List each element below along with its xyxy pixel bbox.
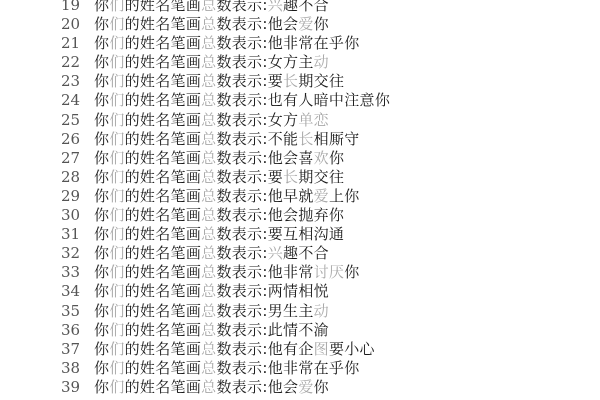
prefix-text: 数表示: [216,263,267,281]
prefix-text: 你 [94,168,109,186]
row-number: 21 [61,34,89,53]
list-item: 32你们的姓名笔画总数表示:兴趣不合 [0,244,600,263]
row-text: 你们的姓名笔画总数表示:他会抛弃你 [94,206,344,225]
prefix-text-light: 总 [201,111,216,129]
meaning-text: 女方主 [268,53,314,71]
list-item: 23你们的姓名笔画总数表示:要长期交往 [0,72,600,91]
prefix-text-light: 总 [201,168,216,186]
row-text: 你们的姓名笔画总数表示:要长期交往 [94,72,344,91]
prefix-text-light: 们 [109,359,124,377]
meaning-text-light: 长 [283,72,298,90]
row-text: 你们的姓名笔画总数表示:男生主动 [94,302,329,321]
meaning-text-light: 单恋 [298,111,329,129]
prefix-text-light: 们 [109,111,124,129]
prefix-text-light: 们 [109,206,124,224]
meaning-text: 要 [268,72,283,90]
list-item: 25你们的姓名笔画总数表示:女方单恋 [0,111,600,130]
prefix-text-light: 们 [109,302,124,320]
prefix-text-light: 总 [201,225,216,243]
prefix-text: 你 [94,34,109,52]
list-item: 35你们的姓名笔画总数表示:男生主动 [0,302,600,321]
row-number: 27 [61,149,89,168]
prefix-text: 数表示: [216,378,267,396]
meaning-text: 相厮守 [314,130,360,148]
prefix-text: 的姓名笔画 [125,321,202,339]
meaning-text: 他非常 [268,263,314,281]
list-item: 24你们的姓名笔画总数表示:也有人暗中注意你 [0,91,600,110]
prefix-text: 数表示: [216,130,267,148]
row-text: 你们的姓名笔画总数表示:他早就爱上你 [94,187,360,206]
meaning-text-light: 欢 [314,149,329,167]
prefix-text: 数表示: [216,149,267,167]
prefix-text-light: 们 [109,263,124,281]
prefix-text-light: 们 [109,225,124,243]
prefix-text: 数表示: [216,168,267,186]
prefix-text: 的姓名笔画 [125,15,202,33]
list-item: 38你们的姓名笔画总数表示:他非常在乎你 [0,359,600,378]
row-number: 33 [61,263,89,282]
list-item: 27你们的姓名笔画总数表示:他会喜欢你 [0,149,600,168]
row-text: 你们的姓名笔画总数表示:他非常讨厌你 [94,263,360,282]
meaning-text: 他会抛弃你 [268,206,345,224]
prefix-text: 的姓名笔画 [125,302,202,320]
prefix-text-light: 总 [201,359,216,377]
list-item: 34你们的姓名笔画总数表示:两情相悦 [0,282,600,301]
list-item: 21你们的姓名笔画总数表示:他非常在乎你 [0,34,600,53]
prefix-text: 的姓名笔画 [125,34,202,52]
prefix-text: 你 [94,91,109,109]
prefix-text: 数表示: [216,72,267,90]
prefix-text: 数表示: [216,0,267,14]
meaning-text: 要 [268,168,283,186]
prefix-text: 你 [94,149,109,167]
prefix-text: 的姓名笔画 [125,91,202,109]
prefix-text: 数表示: [216,340,267,358]
row-text: 你们的姓名笔画总数表示:女方主动 [94,53,329,72]
meaning-text: 他会 [268,15,299,33]
prefix-text: 你 [94,130,109,148]
prefix-text-light: 们 [109,0,124,14]
prefix-text-light: 们 [109,340,124,358]
prefix-text-light: 总 [201,149,216,167]
meaning-text-light: 爱 [314,187,329,205]
list-item: 36你们的姓名笔画总数表示:此情不渝 [0,321,600,340]
row-text: 你们的姓名笔画总数表示:他会喜欢你 [94,149,344,168]
prefix-text: 的姓名笔画 [125,359,202,377]
meaning-text-light: 爱 [298,15,313,33]
row-text: 你们的姓名笔画总数表示:他非常在乎你 [94,359,360,378]
row-number: 20 [61,15,89,34]
prefix-text-light: 总 [201,378,216,396]
row-number: 36 [61,321,89,340]
row-number: 38 [61,359,89,378]
meaning-text-light: 长 [283,168,298,186]
prefix-text-light: 们 [109,378,124,396]
prefix-text: 的姓名笔画 [125,72,202,90]
prefix-text-light: 们 [109,34,124,52]
prefix-text: 的姓名笔画 [125,0,202,14]
meaning-text: 你 [329,149,344,167]
prefix-text: 数表示: [216,187,267,205]
prefix-text: 你 [94,302,109,320]
list-item: 28你们的姓名笔画总数表示:要长期交往 [0,168,600,187]
row-number: 35 [61,302,89,321]
row-number: 32 [61,244,89,263]
prefix-text-light: 们 [109,244,124,262]
meaning-text: 他有企 [268,340,314,358]
list-item: 22你们的姓名笔画总数表示:女方主动 [0,53,600,72]
meaning-text: 期交往 [298,168,344,186]
row-number: 22 [61,53,89,72]
prefix-text: 你 [94,72,109,90]
prefix-text-light: 总 [201,263,216,281]
list-item: 29你们的姓名笔画总数表示:他早就爱上你 [0,187,600,206]
prefix-text: 数表示: [216,359,267,377]
meaning-text: 他会 [268,378,299,396]
row-number: 24 [61,91,89,110]
meaning-text: 两情相悦 [268,282,329,300]
prefix-text-light: 总 [201,72,216,90]
meaning-text-light: 爱 [298,378,313,396]
prefix-text: 数表示: [216,91,267,109]
meaning-text: 趣不合 [283,0,329,14]
prefix-text: 的姓名笔画 [125,263,202,281]
list-item: 31你们的姓名笔画总数表示:要互相沟通 [0,225,600,244]
prefix-text-light: 总 [201,340,216,358]
prefix-text-light: 们 [109,187,124,205]
prefix-text: 你 [94,340,109,358]
row-text: 你们的姓名笔画总数表示:他有企图要小心 [94,340,375,359]
meaning-text: 趣不合 [283,244,329,262]
prefix-text: 的姓名笔画 [125,111,202,129]
prefix-text-light: 总 [201,91,216,109]
meaning-text: 不能 [268,130,299,148]
prefix-text: 的姓名笔画 [125,225,202,243]
prefix-text-light: 们 [109,149,124,167]
prefix-text: 数表示: [216,244,267,262]
prefix-text-light: 总 [201,130,216,148]
meaning-text-light: 兴 [268,0,283,14]
meaning-text: 他会喜 [268,149,314,167]
prefix-text: 数表示: [216,111,267,129]
prefix-text-light: 们 [109,53,124,71]
row-text: 你们的姓名笔画总数表示:兴趣不合 [94,244,329,263]
prefix-text-light: 总 [201,15,216,33]
meaning-text-light: 动 [314,302,329,320]
meaning-text: 男生主 [268,302,314,320]
row-text: 你们的姓名笔画总数表示:两情相悦 [94,282,329,301]
row-text: 你们的姓名笔画总数表示:他会爱你 [94,378,329,397]
prefix-text-light: 总 [201,302,216,320]
prefix-text-light: 们 [109,168,124,186]
prefix-text: 你 [94,378,109,396]
prefix-text: 数表示: [216,206,267,224]
stroke-count-list: 19你们的姓名笔画总数表示:兴趣不合20你们的姓名笔画总数表示:他会爱你21你们… [0,0,600,397]
prefix-text: 你 [94,0,109,14]
meaning-text: 你 [314,378,329,396]
row-text: 你们的姓名笔画总数表示:他非常在乎你 [94,34,360,53]
list-item: 19你们的姓名笔画总数表示:兴趣不合 [0,0,600,15]
meaning-text: 也有人暗中注意你 [268,91,390,109]
row-number: 31 [61,225,89,244]
meaning-text-light: 兴 [268,244,283,262]
meaning-text: 他非常在乎你 [268,34,360,52]
prefix-text-light: 们 [109,282,124,300]
prefix-text-light: 总 [201,282,216,300]
prefix-text: 的姓名笔画 [125,244,202,262]
prefix-text-light: 们 [109,130,124,148]
prefix-text: 的姓名笔画 [125,340,202,358]
row-number: 23 [61,72,89,91]
prefix-text-light: 们 [109,91,124,109]
prefix-text: 你 [94,187,109,205]
prefix-text: 你 [94,321,109,339]
prefix-text: 的姓名笔画 [125,149,202,167]
prefix-text: 数表示: [216,15,267,33]
prefix-text: 你 [94,225,109,243]
prefix-text-light: 总 [201,53,216,71]
prefix-text: 你 [94,282,109,300]
prefix-text-light: 总 [201,34,216,52]
prefix-text-light: 们 [109,72,124,90]
prefix-text: 你 [94,206,109,224]
prefix-text: 数表示: [216,225,267,243]
row-number: 28 [61,168,89,187]
prefix-text-light: 们 [109,321,124,339]
meaning-text: 要小心 [329,340,375,358]
prefix-text: 数表示: [216,321,267,339]
prefix-text: 的姓名笔画 [125,206,202,224]
prefix-text: 你 [94,111,109,129]
meaning-text: 期交往 [298,72,344,90]
prefix-text: 的姓名笔画 [125,130,202,148]
prefix-text: 的姓名笔画 [125,378,202,396]
row-text: 你们的姓名笔画总数表示:女方单恋 [94,111,329,130]
row-text: 你们的姓名笔画总数表示:要互相沟通 [94,225,344,244]
prefix-text: 你 [94,15,109,33]
list-item: 39你们的姓名笔画总数表示:他会爱你 [0,378,600,397]
row-number: 39 [61,378,89,397]
row-number: 19 [61,0,89,15]
list-item: 26你们的姓名笔画总数表示:不能长相厮守 [0,130,600,149]
row-number: 26 [61,130,89,149]
row-text: 你们的姓名笔画总数表示:也有人暗中注意你 [94,91,390,110]
meaning-text: 女方 [268,111,299,129]
row-text: 你们的姓名笔画总数表示:不能长相厮守 [94,130,360,149]
prefix-text: 的姓名笔画 [125,187,202,205]
list-item: 20你们的姓名笔画总数表示:他会爱你 [0,15,600,34]
row-number: 37 [61,340,89,359]
prefix-text-light: 总 [201,0,216,14]
meaning-text-light: 图 [314,340,329,358]
meaning-text: 要互相沟通 [268,225,345,243]
meaning-text: 他非常在乎你 [268,359,360,377]
meaning-text: 你 [344,263,359,281]
prefix-text: 你 [94,53,109,71]
row-text: 你们的姓名笔画总数表示:要长期交往 [94,168,344,187]
prefix-text: 数表示: [216,282,267,300]
prefix-text: 你 [94,263,109,281]
prefix-text: 的姓名笔画 [125,53,202,71]
row-text: 你们的姓名笔画总数表示:此情不渝 [94,321,329,340]
list-item: 33你们的姓名笔画总数表示:他非常讨厌你 [0,263,600,282]
prefix-text: 数表示: [216,34,267,52]
prefix-text-light: 总 [201,244,216,262]
row-text: 你们的姓名笔画总数表示:他会爱你 [94,15,329,34]
row-text: 你们的姓名笔画总数表示:兴趣不合 [94,0,329,15]
prefix-text: 的姓名笔画 [125,282,202,300]
prefix-text: 你 [94,359,109,377]
meaning-text: 此情不渝 [268,321,329,339]
list-item: 30你们的姓名笔画总数表示:他会抛弃你 [0,206,600,225]
meaning-text-light: 长 [298,130,313,148]
prefix-text-light: 总 [201,187,216,205]
meaning-text-light: 讨厌 [314,263,345,281]
row-number: 30 [61,206,89,225]
meaning-text: 上你 [329,187,360,205]
prefix-text: 你 [94,244,109,262]
meaning-text: 他早就 [268,187,314,205]
meaning-text-light: 动 [314,53,329,71]
row-number: 34 [61,282,89,301]
prefix-text: 数表示: [216,53,267,71]
prefix-text: 数表示: [216,302,267,320]
prefix-text: 的姓名笔画 [125,168,202,186]
prefix-text-light: 总 [201,321,216,339]
list-item: 37你们的姓名笔画总数表示:他有企图要小心 [0,340,600,359]
row-number: 25 [61,111,89,130]
row-number: 29 [61,187,89,206]
prefix-text-light: 们 [109,15,124,33]
meaning-text: 你 [314,15,329,33]
prefix-text-light: 总 [201,206,216,224]
